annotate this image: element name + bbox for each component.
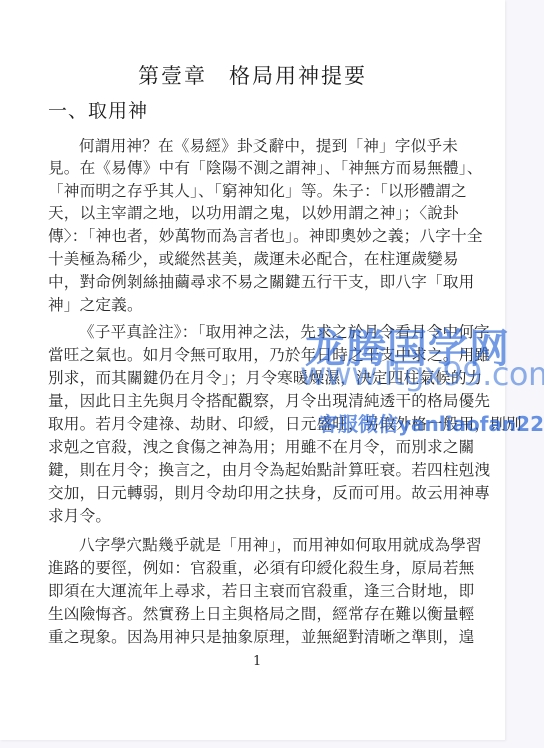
text-line: 求月令。 [48,506,474,526]
text-line: 中，對命例剝絲抽繭尋求不易之關鍵五行干支，即八字「取用 [48,272,474,292]
chapter-title: 第壹章格局用神提要 [0,60,505,90]
page-number: 1 [253,654,261,669]
text-line: 神」之定義。 [48,295,474,315]
text-line: 即須在大運流年上尋求，若日主衰而官殺重，逢三合財地，即 [48,581,474,601]
text-line: 傳〉：「神也者，妙萬物而為言者也」。神即奧妙之義；八字十全 [48,226,474,246]
text-line: 見。在《易傳》中有「陰陽不測之謂神」、「神無方而易無體」、 [48,158,474,178]
text-line: 交加，日元轉弱，則月令劫印用之扶身，反而可用。故云用神專 [48,483,474,503]
section-heading: 一、取用神 [48,96,148,123]
text-line: 天，以主宰謂之地，以功用謂之鬼，以妙用謂之神」；〈說卦 [48,203,474,223]
text-line: 求剋之官殺，洩之食傷之神為用；用雖不在月令，而別求之關 [48,437,474,457]
watermark-contact: 客服微信yanliaofan225 [318,408,544,437]
text-line: 「神而明之存乎其人」、「窮神知化」等。朱子：「以形體謂之 [48,181,474,201]
chapter-number: 第壹章 [138,64,207,88]
text-line: 生凶險悔吝。然實務上日主與格局之間，經常存在難以衡量輕 [48,604,474,624]
text-line: 進路的要徑，例如：官殺重，必須有印綬化殺生身，原局若無 [48,558,474,578]
text-line: 八字學穴點幾乎就是「用神」，而用神如何取用就成為學習 [48,535,474,555]
text-line: 十美極為稀少，或縱然甚美，歲運未必配合，在柱運歲變易 [48,249,474,269]
chapter-name: 格局用神提要 [229,64,367,88]
text-line: 鍵，則在月令；換言之，由月令為起始點計算旺衰。若四柱剋洩 [48,460,474,480]
watermark-url: www.ltgx99.com [300,355,544,393]
text-line: 重之現象。因為用神只是抽象原理，並無絕對清晰之準則，遑 [48,627,474,647]
text-line: 何謂用神？在《易經》卦爻辭中，提到「神」字似乎未 [48,136,474,156]
